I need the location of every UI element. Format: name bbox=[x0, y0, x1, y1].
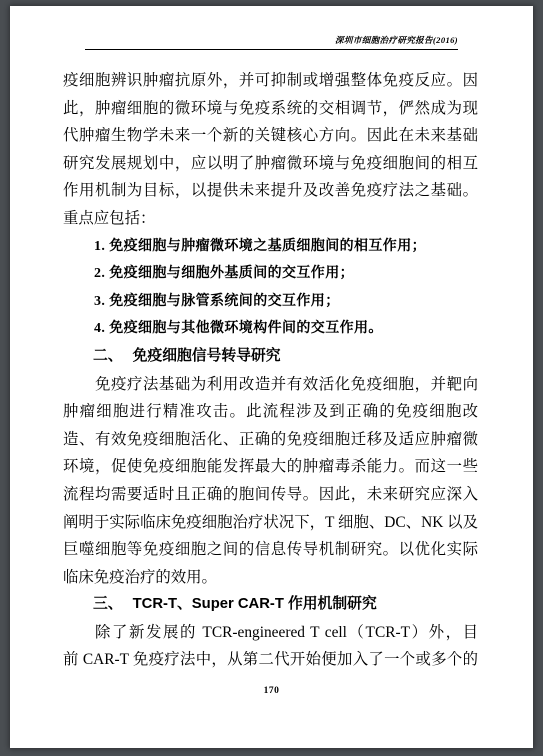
paragraph-line: 重点应包括： bbox=[63, 205, 478, 233]
document-page: 深圳市细胞治疗研究报告(2016) 疫细胞辨识肿瘤抗原外，并可抑制或增强整体免疫… bbox=[10, 6, 533, 748]
paragraph-line: 作用机制为目标，以提供未来提升及改善免疫疗法之基础。 bbox=[63, 177, 478, 205]
section-number: 三、 bbox=[93, 596, 123, 612]
section-title: TCR-T、Super CAR-T 作用机制研究 bbox=[133, 596, 377, 612]
list-item: 1. 免疫细胞与肿瘤微环境之基质细胞间的相互作用； bbox=[63, 233, 478, 261]
section-heading: 三、TCR-T、Super CAR-T 作用机制研究 bbox=[63, 591, 478, 619]
paragraph-line: 此，肿瘤细胞的微环境与免疫系统的交相调节，俨然成为现 bbox=[63, 95, 478, 123]
list-item: 4. 免疫细胞与其他微环境构件间的交互作用。 bbox=[63, 315, 478, 343]
paragraph-line: 巨噬细胞等免疫细胞之间的信息传导机制研究。以优化实际 bbox=[63, 536, 478, 564]
section-heading: 二、免疫细胞信号转导研究 bbox=[63, 343, 478, 371]
paragraph-line: 造、有效免疫细胞活化、正确的免疫细胞迁移及适应肿瘤微 bbox=[63, 426, 478, 454]
paragraph-line: 环境，促使免疫细胞能发挥最大的肿瘤毒杀能力。而这一些 bbox=[63, 453, 478, 481]
paragraph-line: 代肿瘤生物学未来一个新的关键核心方向。因此在未来基础 bbox=[63, 122, 478, 150]
section-title: 免疫细胞信号转导研究 bbox=[133, 348, 281, 364]
list-item: 3. 免疫细胞与脉管系统间的交互作用； bbox=[63, 288, 478, 316]
list-item: 2. 免疫细胞与细胞外基质间的交互作用； bbox=[63, 260, 478, 288]
page-header: 深圳市细胞治疗研究报告(2016) bbox=[85, 34, 458, 50]
document-body: 疫细胞辨识肿瘤抗原外，并可抑制或增强整体免疫反应。因 此，肿瘤细胞的微环境与免疫… bbox=[63, 67, 478, 674]
paragraph-line: 疫细胞辨识肿瘤抗原外，并可抑制或增强整体免疫反应。因 bbox=[63, 67, 478, 95]
page-number: 170 bbox=[10, 686, 533, 696]
paragraph-line: 除了新发展的 TCR-engineered T cell（TCR-T）外，目 bbox=[63, 619, 478, 647]
section-number: 二、 bbox=[93, 348, 123, 364]
paragraph-line: 流程均需要适时且正确的胞间传导。因此，未来研究应深入 bbox=[63, 481, 478, 509]
paragraph-line: 阐明于实际临床免疫细胞治疗状况下，T 细胞、DC、NK 以及 bbox=[63, 509, 478, 537]
paragraph-line: 临床免疫治疗的效用。 bbox=[63, 564, 478, 592]
paragraph-line: 肿瘤细胞进行精准攻击。此流程涉及到正确的免疫细胞改 bbox=[63, 398, 478, 426]
document-viewer-background: 深圳市细胞治疗研究报告(2016) 疫细胞辨识肿瘤抗原外，并可抑制或增强整体免疫… bbox=[0, 0, 543, 756]
paragraph-line: 研究发展规划中，应以明了肿瘤微环境与免疫细胞间的相互 bbox=[63, 150, 478, 178]
paragraph-line: 免疫疗法基础为利用改造并有效活化免疫细胞，并靶向 bbox=[63, 371, 478, 399]
header-title: 深圳市细胞治疗研究报告(2016) bbox=[335, 35, 458, 45]
paragraph-line: 前 CAR-T 免疫疗法中，从第二代开始便加入了一个或多个的 bbox=[63, 646, 478, 674]
